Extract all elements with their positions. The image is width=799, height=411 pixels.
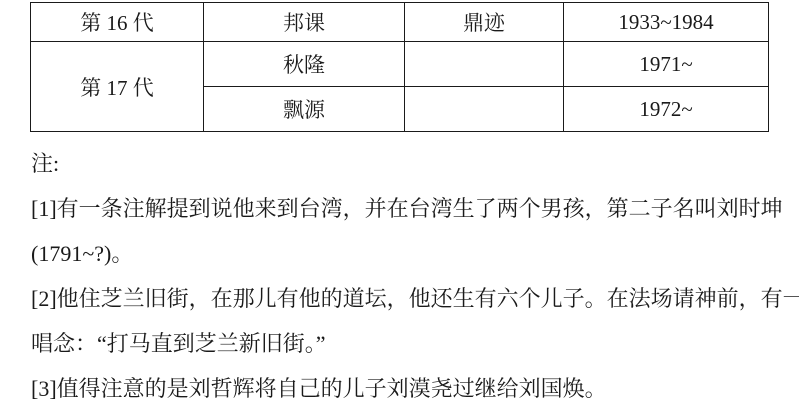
- cell-years: 1933~1984: [564, 3, 769, 42]
- note-line: 唱念：“打马直到芝兰新旧街。”: [31, 321, 791, 366]
- cell-alias: [405, 87, 564, 132]
- note-line: [1]有一条注解提到说他来到台湾，并在台湾生了两个男孩，第二子名叫刘时坤: [31, 186, 791, 231]
- cell-name: 邦课: [204, 3, 405, 42]
- notes-heading: 注:: [31, 141, 791, 186]
- cell-name: 秋隆: [204, 42, 405, 87]
- note-line: (1791~?)。: [31, 231, 791, 276]
- note-line: [2]他住芝兰旧街，在那儿有他的道坛，他还生有六个儿子。在法场请神前，有一段: [31, 276, 791, 321]
- table-row: 第 17 代 秋隆 1971~: [31, 42, 769, 87]
- genealogy-table: 第 16 代 邦课 鼎迹 1933~1984 第 17 代 秋隆 1971~ 飘…: [30, 2, 769, 132]
- notes-section: 注: [1]有一条注解提到说他来到台湾，并在台湾生了两个男孩，第二子名叫刘时坤 …: [31, 141, 791, 411]
- cell-alias: 鼎迹: [405, 3, 564, 42]
- cell-alias: [405, 42, 564, 87]
- cell-generation: 第 16 代: [31, 3, 204, 42]
- document-page: 第 16 代 邦课 鼎迹 1933~1984 第 17 代 秋隆 1971~ 飘…: [0, 0, 799, 411]
- cell-name: 飘源: [204, 87, 405, 132]
- cell-years: 1972~: [564, 87, 769, 132]
- note-line: [3]值得注意的是刘哲辉将自己的儿子刘漠尧过继给刘国焕。: [31, 366, 791, 411]
- cell-generation: 第 17 代: [31, 42, 204, 132]
- cell-years: 1971~: [564, 42, 769, 87]
- table-row: 第 16 代 邦课 鼎迹 1933~1984: [31, 3, 769, 42]
